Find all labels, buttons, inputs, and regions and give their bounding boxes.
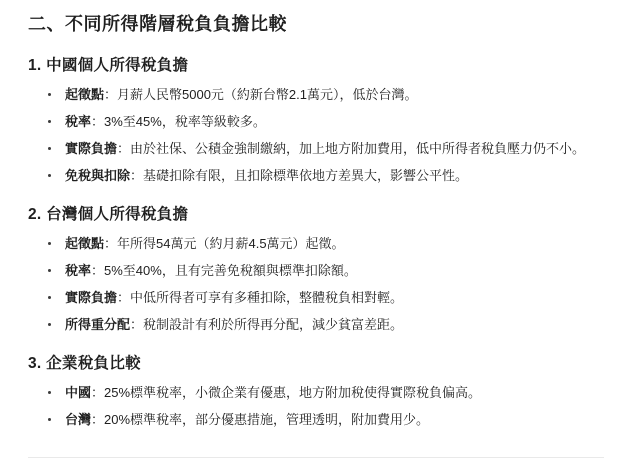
bullet-icon [48, 391, 51, 394]
list-item: 稅率：5%至40%，且有完善免稅額與標準扣除額。 [28, 264, 604, 278]
item-desc: ：5%至40%，且有完善免稅額與標準扣除額。 [91, 263, 357, 278]
item-term: 實際負擔 [65, 141, 117, 156]
item-desc: ：25%標準稅率，小微企業有優惠，地方附加稅使得實際稅負偏高。 [91, 385, 481, 400]
item-term: 稅率 [65, 263, 91, 278]
list-item: 台灣：20%標準稅率，部分優惠措施，管理透明，附加費用少。 [28, 413, 604, 427]
item-term: 中國 [65, 385, 91, 400]
bullet-icon [48, 418, 51, 421]
bullet-icon [48, 174, 51, 177]
list-item: 起徵點：年所得54萬元（約月薪4.5萬元）起徵。 [28, 237, 604, 251]
bullet-list-corporate: 中國：25%標準稅率，小微企業有優惠，地方附加稅使得實際稅負偏高。 台灣：20%… [28, 386, 604, 427]
list-item: 中國：25%標準稅率，小微企業有優惠，地方附加稅使得實際稅負偏高。 [28, 386, 604, 400]
bullet-icon [48, 242, 51, 245]
bullet-icon [48, 147, 51, 150]
list-item: 所得重分配：稅制設計有利於所得再分配，減少貧富差距。 [28, 318, 604, 332]
document-body: 二、不同所得階層稅負負擔比較 1. 中國個人所得稅負擔 起徵點：月薪人民幣500… [0, 0, 632, 458]
item-term: 起徵點 [65, 236, 104, 251]
list-item: 稅率：3%至45%，稅率等級較多。 [28, 115, 604, 129]
bottom-divider [28, 457, 604, 458]
list-item: 起徵點：月薪人民幣5000元（約新台幣2.1萬元），低於台灣。 [28, 88, 604, 102]
bullet-icon [48, 93, 51, 96]
bullet-list-taiwan-personal: 起徵點：年所得54萬元（約月薪4.5萬元）起徵。 稅率：5%至40%，且有完善免… [28, 237, 604, 332]
bullet-icon [48, 296, 51, 299]
item-desc: ：基礎扣除有限，且扣除標準依地方差異大，影響公平性。 [130, 168, 468, 183]
list-item: 免稅與扣除：基礎扣除有限，且扣除標準依地方差異大，影響公平性。 [28, 169, 604, 183]
item-desc: ：3%至45%，稅率等級較多。 [91, 114, 266, 129]
section-heading-china-personal: 1. 中國個人所得稅負擔 [28, 57, 604, 75]
item-term: 起徵點 [65, 87, 104, 102]
bullet-icon [48, 269, 51, 272]
item-desc: ：20%標準稅率，部分優惠措施，管理透明，附加費用少。 [91, 412, 429, 427]
item-desc: ：月薪人民幣5000元（約新台幣2.1萬元），低於台灣。 [104, 87, 418, 102]
item-term: 所得重分配 [65, 317, 130, 332]
item-desc: ：由於社保、公積金強制繳納，加上地方附加費用，低中所得者稅負壓力仍不小。 [117, 141, 585, 156]
item-desc: ：稅制設計有利於所得再分配，減少貧富差距。 [130, 317, 403, 332]
page-title: 二、不同所得階層稅負負擔比較 [28, 14, 604, 34]
bullet-list-china-personal: 起徵點：月薪人民幣5000元（約新台幣2.1萬元），低於台灣。 稅率：3%至45… [28, 88, 604, 183]
item-term: 稅率 [65, 114, 91, 129]
bullet-icon [48, 323, 51, 326]
item-desc: ：年所得54萬元（約月薪4.5萬元）起徵。 [104, 236, 345, 251]
bullet-icon [48, 120, 51, 123]
item-term: 實際負擔 [65, 290, 117, 305]
section-heading-taiwan-personal: 2. 台灣個人所得稅負擔 [28, 206, 604, 224]
section-heading-corporate: 3. 企業稅負比較 [28, 355, 604, 373]
list-item: 實際負擔：中低所得者可享有多種扣除，整體稅負相對輕。 [28, 291, 604, 305]
item-term: 免稅與扣除 [65, 168, 130, 183]
item-desc: ：中低所得者可享有多種扣除，整體稅負相對輕。 [117, 290, 403, 305]
list-item: 實際負擔：由於社保、公積金強制繳納，加上地方附加費用，低中所得者稅負壓力仍不小。 [28, 142, 604, 156]
item-term: 台灣 [65, 412, 91, 427]
